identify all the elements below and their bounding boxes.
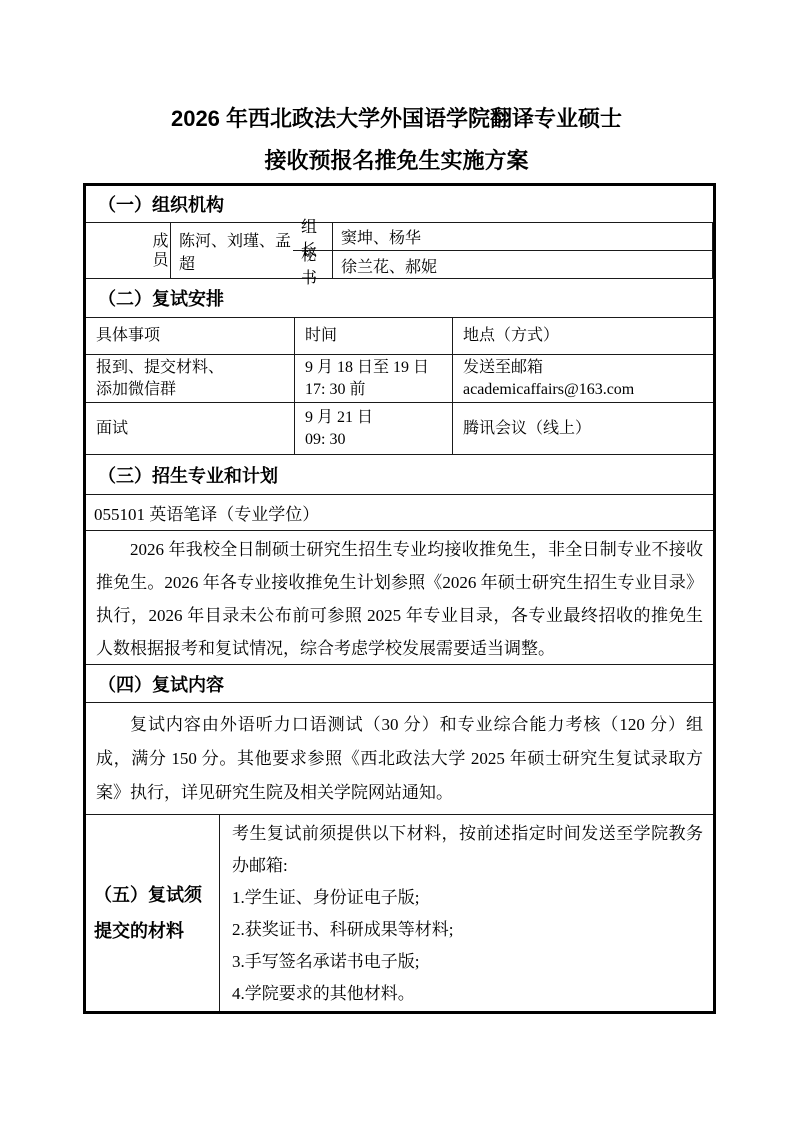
schedule-col-item: 具体事项 [86,318,295,354]
schedule-row-registration: 报到、提交材料、 添加微信群 9 月 18 日至 19 日 17: 30 前 发… [86,355,713,403]
materials-row: （五）复试须 提交的材料 考生复试前须提供以下材料，按前述指定时间发送至学院教务… [86,815,713,1011]
document-title-line2: 接收预报名推免生实施方案 [0,140,793,182]
schedule-place: 发送至邮箱 academicaffairs@163.com [453,355,713,402]
materials-item-4: 4.学院要求的其他材料。 [232,978,703,1010]
materials-list: 考生复试前须提供以下材料，按前述指定时间发送至学院教务办邮箱: 1.学生证、身份… [220,815,713,1011]
document-title: 2026 年西北政法大学外国语学院翻译专业硕士 接收预报名推免生实施方案 [0,98,793,182]
document-title-line1: 2026 年西北政法大学外国语学院翻译专业硕士 [0,98,793,140]
schedule-time: 9 月 21 日 09: 30 [295,403,453,454]
schedule-header-row: 具体事项 时间 地点（方式） [86,318,713,355]
org-member-label-text: 成员 [86,232,170,270]
schedule-col-place: 地点（方式） [453,318,713,354]
org-secretary-label: 秘书 [293,251,333,279]
schedule-item: 面试 [86,403,295,454]
org-leader-names: 窦坤、杨华 [333,223,713,251]
materials-item-3: 3.手写签名承诺书电子版; [232,946,703,978]
section-heading-content: （四）复试内容 [86,665,713,703]
majors-paragraph: 2026 年我校全日制硕士研究生招生专业均接收推免生，非全日制专业不接收推免生。… [86,531,713,665]
materials-intro: 考生复试前须提供以下材料，按前述指定时间发送至学院教务办邮箱: [232,818,703,882]
materials-item-1: 1.学生证、身份证电子版; [232,882,703,914]
org-member-names: 陈河、刘瑾、孟超 [171,223,293,279]
schedule-item: 报到、提交材料、 添加微信群 [86,355,295,402]
content-paragraph: 复试内容由外语听力口语测试（30 分）和专业综合能力考核（120 分）组成，满分… [86,703,713,815]
document-page: { "document": { "title_line1": "2026 年西北… [0,0,793,1122]
materials-item-2: 2.获奖证书、科研成果等材料; [232,914,703,946]
main-table: （一）组织机构 组长 窦坤、杨华 成员 陈河、刘瑾、孟超 秘书 徐兰花、郝妮 （… [83,183,716,1014]
schedule-time: 9 月 18 日至 19 日 17: 30 前 [295,355,453,402]
section-heading-organization: （一）组织机构 [86,186,713,223]
schedule-row-interview: 面试 9 月 21 日 09: 30 腾讯会议（线上） [86,403,713,455]
organization-table: 组长 窦坤、杨华 成员 陈河、刘瑾、孟超 秘书 徐兰花、郝妮 [86,223,713,279]
org-member-label: 成员 [86,223,171,279]
section-heading-schedule: （二）复试安排 [86,279,713,318]
schedule-place: 腾讯会议（线上） [453,403,713,454]
materials-heading: （五）复试须 提交的材料 [86,815,220,1011]
section-heading-majors: （三）招生专业和计划 [86,455,713,495]
schedule-col-time: 时间 [295,318,453,354]
program-row: 055101 英语笔译（专业学位） [86,495,713,531]
org-secretary-names: 徐兰花、郝妮 [333,251,713,279]
